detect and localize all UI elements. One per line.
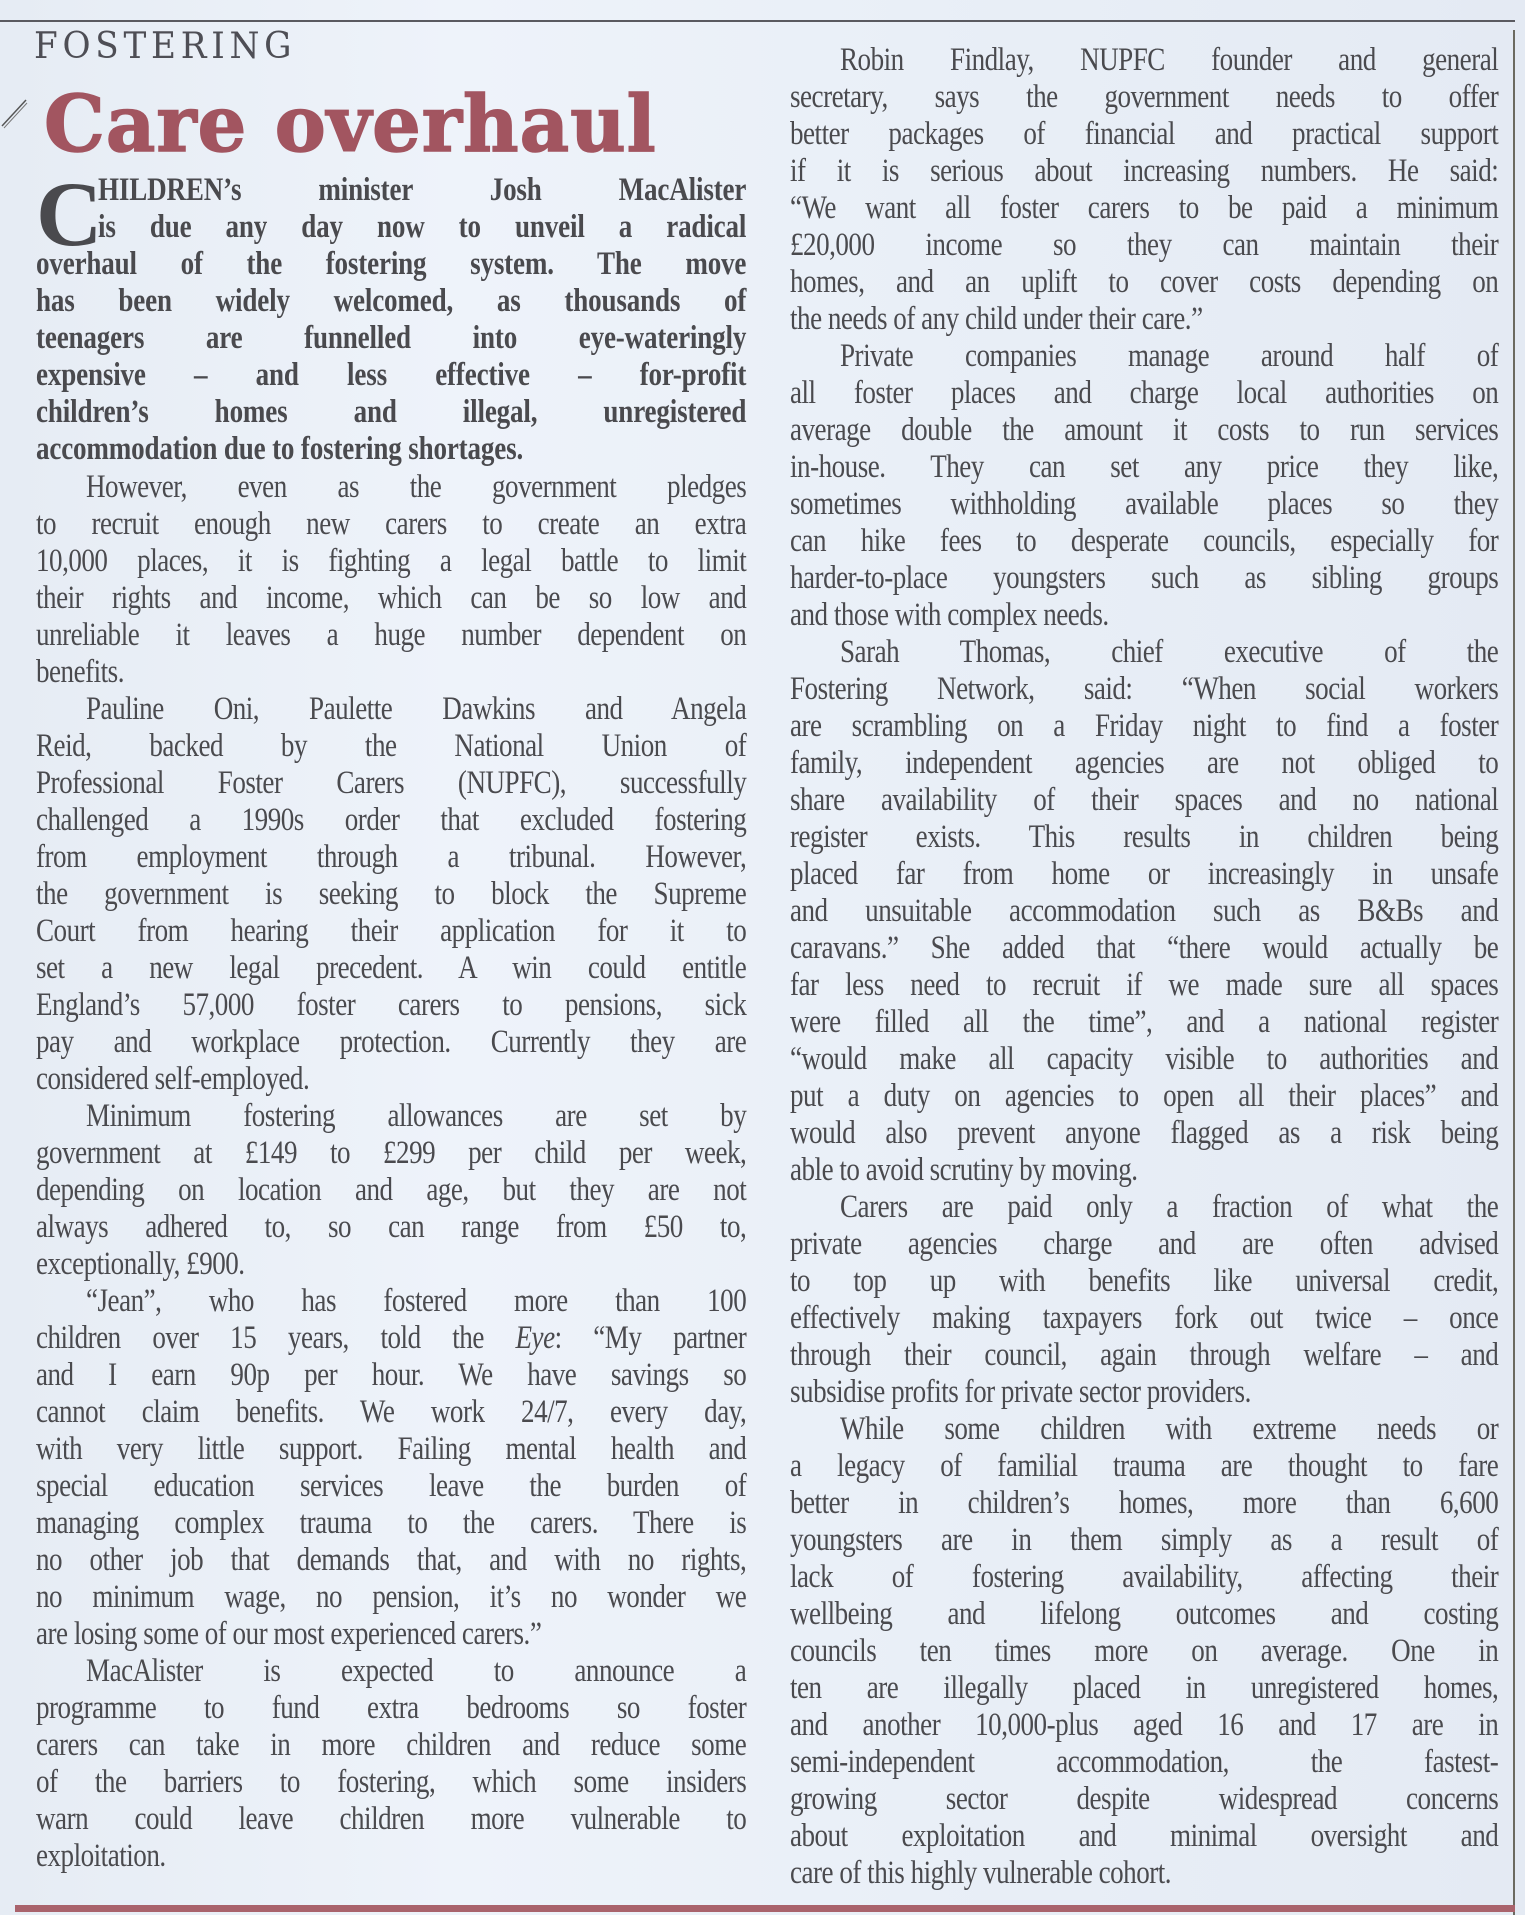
text-line: has been widely welcomed, as thousands o… xyxy=(36,283,746,320)
text-line-content: to recruit enough new carers to create a… xyxy=(36,506,746,543)
text-line-content: if it is serious about increasing number… xyxy=(790,153,1498,190)
text-line-content: programme to fund extra bedrooms so fost… xyxy=(36,1690,746,1727)
text-line: carers can take in more children and red… xyxy=(36,1727,746,1764)
text-line-content: growing sector despite widespread concer… xyxy=(790,1781,1498,1818)
right-column-border xyxy=(1513,30,1515,1915)
text-line: to recruit enough new carers to create a… xyxy=(36,506,746,543)
text-line: in-house. They can set any price they li… xyxy=(790,449,1498,486)
text-line: ten are illegally placed in unregistered… xyxy=(790,1670,1498,1707)
lead-paragraph: HILDREN’s minister Josh MacAlisteris due… xyxy=(36,172,746,468)
paragraph: “Jean”, who has fostered more than 100ch… xyxy=(36,1283,746,1653)
text-line-content: register exists. This results in childre… xyxy=(790,819,1498,856)
paragraph: Pauline Oni, Paulette Dawkins and Angela… xyxy=(36,691,746,1098)
text-line-content: pay and workplace protection. Currently … xyxy=(36,1024,746,1061)
text-line: “We want all foster carers to be paid a … xyxy=(790,190,1498,227)
text-line-content: sometimes withholding available places s… xyxy=(790,486,1498,523)
text-line-content: put a duty on agencies to open all their… xyxy=(790,1078,1498,1115)
text-line-content: HILDREN’s minister Josh MacAlister xyxy=(98,172,746,209)
text-line: Carers are paid only a fraction of what … xyxy=(790,1189,1498,1226)
text-line: £20,000 income so they can maintain thei… xyxy=(790,227,1498,264)
text-line-content: depending on location and age, but they … xyxy=(36,1172,746,1209)
text-line: MacAlister is expected to announce a xyxy=(36,1653,746,1690)
text-line-content: challenged a 1990s order that excluded f… xyxy=(36,802,746,839)
text-line-content: has been widely welcomed, as thousands o… xyxy=(36,283,746,320)
text-line: wellbeing and lifelong outcomes and cost… xyxy=(790,1596,1498,1633)
text-line-content: to top up with benefits like universal c… xyxy=(790,1263,1498,1300)
text-line: “Jean”, who has fostered more than 100 xyxy=(36,1283,746,1320)
text-line-content: “Jean”, who has fostered more than 100 xyxy=(86,1283,746,1320)
text-line: effectively making taxpayers fork out tw… xyxy=(790,1300,1498,1337)
text-line: about exploitation and minimal oversight… xyxy=(790,1818,1498,1855)
text-line: warn could leave children more vulnerabl… xyxy=(36,1801,746,1838)
text-line: are scrambling on a Friday night to find… xyxy=(790,708,1498,745)
text-line-content: England’s 57,000 foster carers to pensio… xyxy=(36,987,746,1024)
text-line: sometimes withholding available places s… xyxy=(790,486,1498,523)
text-line-content: homes, and an uplift to cover costs depe… xyxy=(790,264,1498,301)
text-line: Professional Foster Carers (NUPFC), succ… xyxy=(36,765,746,802)
paragraph: While some children with extreme needs o… xyxy=(790,1411,1498,1892)
text-line: through their council, again through wel… xyxy=(790,1337,1498,1374)
text-line: subsidise profits for private sector pro… xyxy=(790,1374,1498,1411)
text-line-content: Robin Findlay, NUPFC founder and general xyxy=(840,42,1498,79)
text-line-content: harder-to-place youngsters such as sibli… xyxy=(790,560,1498,597)
text-line-content: Fostering Network, said: “When social wo… xyxy=(790,671,1498,708)
text-line: Minimum fostering allowances are set by xyxy=(36,1098,746,1135)
text-line: children over 15 years, told the Eye: “M… xyxy=(36,1320,746,1357)
text-line-content: no other job that demands that, and with… xyxy=(36,1542,746,1579)
text-line-content: are scrambling on a Friday night to find… xyxy=(790,708,1498,745)
text-line-content: a legacy of familial trauma are thought … xyxy=(790,1448,1498,1485)
text-line: lack of fostering availability, affectin… xyxy=(790,1559,1498,1596)
text-line: Robin Findlay, NUPFC founder and general xyxy=(790,42,1498,79)
text-line: benefits. xyxy=(36,654,746,691)
text-line-content: placed far from home or increasingly in … xyxy=(790,856,1498,893)
text-line-content: caravans.” She added that “there would a… xyxy=(790,930,1498,967)
text-line-content: £20,000 income so they can maintain thei… xyxy=(790,227,1498,264)
text-line-content: Professional Foster Carers (NUPFC), succ… xyxy=(36,765,746,802)
text-line-content: and unsuitable accommodation such as B&B… xyxy=(790,893,1498,930)
paragraph: However, even as the government pledgest… xyxy=(36,469,746,691)
text-line: no minimum wage, no pension, it’s no won… xyxy=(36,1579,746,1616)
paragraph: Carers are paid only a fraction of what … xyxy=(790,1189,1498,1411)
text-line-content: set a new legal precedent. A win could e… xyxy=(36,950,746,987)
text-line-content: Private companies manage around half of xyxy=(840,338,1498,375)
text-line-content: While some children with extreme needs o… xyxy=(840,1411,1498,1448)
text-line-content: teenagers are funnelled into eye-waterin… xyxy=(36,320,746,357)
text-line: would also prevent anyone flagged as a r… xyxy=(790,1115,1498,1152)
text-line: all foster places and charge local autho… xyxy=(790,375,1498,412)
text-line-content: children over 15 years, told the Eye: “M… xyxy=(36,1320,746,1357)
text-line: HILDREN’s minister Josh MacAlister xyxy=(36,172,746,209)
text-line: and unsuitable accommodation such as B&B… xyxy=(790,893,1498,930)
text-line: from employment through a tribunal. Howe… xyxy=(36,839,746,876)
text-line-content: better packages of financial and practic… xyxy=(790,116,1498,153)
text-line: exceptionally, £900. xyxy=(36,1246,746,1283)
text-line-content: “would make all capacity visible to auth… xyxy=(790,1041,1498,1078)
text-line-content: about exploitation and minimal oversight… xyxy=(790,1818,1498,1855)
text-line-content: with very little support. Failing mental… xyxy=(36,1431,746,1468)
headline: Care overhaul xyxy=(44,80,730,170)
text-line: far less need to recruit if we made sure… xyxy=(790,967,1498,1004)
left-column: However, even as the government pledgest… xyxy=(36,469,746,1875)
text-line-content: family, independent agencies are not obl… xyxy=(790,745,1498,782)
text-line-content: MacAlister is expected to announce a xyxy=(86,1653,746,1690)
text-line: youngsters are in them simply as a resul… xyxy=(790,1522,1498,1559)
text-line: were filled all the time”, and a nationa… xyxy=(790,1004,1498,1041)
text-line-content: exploitation. xyxy=(36,1838,746,1875)
text-line: However, even as the government pledges xyxy=(36,469,746,506)
text-line-content: can hike fees to desperate councils, esp… xyxy=(790,523,1498,560)
text-line-content: overhaul of the fostering system. The mo… xyxy=(36,246,746,283)
text-line: challenged a 1990s order that excluded f… xyxy=(36,802,746,839)
text-line: private agencies charge and are often ad… xyxy=(790,1226,1498,1263)
text-line: average double the amount it costs to ru… xyxy=(790,412,1498,449)
text-line: and another 10,000-plus aged 16 and 17 a… xyxy=(790,1707,1498,1744)
text-line: cannot claim benefits. We work 24/7, eve… xyxy=(36,1394,746,1431)
text-line-content: from employment through a tribunal. Howe… xyxy=(36,839,746,876)
text-line: Private companies manage around half of xyxy=(790,338,1498,375)
text-line: no other job that demands that, and with… xyxy=(36,1542,746,1579)
text-line-content: warn could leave children more vulnerabl… xyxy=(36,1801,746,1838)
text-line: children’s homes and illegal, unregister… xyxy=(36,394,746,431)
text-line: better packages of financial and practic… xyxy=(790,116,1498,153)
text-line: “would make all capacity visible to auth… xyxy=(790,1041,1498,1078)
text-line: councils ten times more on average. One … xyxy=(790,1633,1498,1670)
text-line-content: semi-independent accommodation, the fast… xyxy=(790,1744,1498,1781)
text-line: overhaul of the fostering system. The mo… xyxy=(36,246,746,283)
paragraph: Private companies manage around half ofa… xyxy=(790,338,1498,634)
text-line: exploitation. xyxy=(36,1838,746,1875)
text-line-content: youngsters are in them simply as a resul… xyxy=(790,1522,1498,1559)
paragraph: Sarah Thomas, chief executive of theFost… xyxy=(790,634,1498,1189)
text-line-content: benefits. xyxy=(36,654,746,691)
right-column: Robin Findlay, NUPFC founder and general… xyxy=(790,42,1498,1892)
text-line: their rights and income, which can be so… xyxy=(36,580,746,617)
text-line-content: effectively making taxpayers fork out tw… xyxy=(790,1300,1498,1337)
text-line-content: the needs of any child under their care.… xyxy=(790,301,1498,338)
text-line: share availability of their spaces and n… xyxy=(790,782,1498,819)
text-line-content: private agencies charge and are often ad… xyxy=(790,1226,1498,1263)
text-line-content: Court from hearing their application for… xyxy=(36,913,746,950)
text-line-content: exceptionally, £900. xyxy=(36,1246,746,1283)
text-line-content: Sarah Thomas, chief executive of the xyxy=(840,634,1498,671)
text-line-content: Carers are paid only a fraction of what … xyxy=(840,1189,1498,1226)
text-line: managing complex trauma to the carers. T… xyxy=(36,1505,746,1542)
text-line: the needs of any child under their care.… xyxy=(790,301,1498,338)
text-line: put a duty on agencies to open all their… xyxy=(790,1078,1498,1115)
text-line: While some children with extreme needs o… xyxy=(790,1411,1498,1448)
text-line: can hike fees to desperate councils, esp… xyxy=(790,523,1498,560)
text-line: Pauline Oni, Paulette Dawkins and Angela xyxy=(36,691,746,728)
text-line-content: and another 10,000-plus aged 16 and 17 a… xyxy=(790,1707,1498,1744)
text-line: if it is serious about increasing number… xyxy=(790,153,1498,190)
text-line: family, independent agencies are not obl… xyxy=(790,745,1498,782)
text-line-content: is due any day now to unveil a radical xyxy=(98,209,746,246)
text-line-content: subsidise profits for private sector pro… xyxy=(790,1374,1498,1411)
text-line: Reid, backed by the National Union of xyxy=(36,728,746,765)
pen-mark-icon xyxy=(0,96,30,136)
text-line: Fostering Network, said: “When social wo… xyxy=(790,671,1498,708)
text-line: depending on location and age, but they … xyxy=(36,1172,746,1209)
text-line-content: cannot claim benefits. We work 24/7, eve… xyxy=(36,1394,746,1431)
text-line-content: are losing some of our most experienced … xyxy=(36,1616,746,1653)
text-line: secretary, says the government needs to … xyxy=(790,79,1498,116)
text-line: care of this highly vulnerable cohort. xyxy=(790,1855,1498,1892)
text-line-content: all foster places and charge local autho… xyxy=(790,375,1498,412)
text-line-content: their rights and income, which can be so… xyxy=(36,580,746,617)
text-line-content: managing complex trauma to the carers. T… xyxy=(36,1505,746,1542)
text-line-content: Minimum fostering allowances are set by xyxy=(86,1098,746,1135)
text-line-content: no minimum wage, no pension, it’s no won… xyxy=(36,1579,746,1616)
paragraph: MacAlister is expected to announce aprog… xyxy=(36,1653,746,1875)
text-line-content: in-house. They can set any price they li… xyxy=(790,449,1498,486)
text-line: considered self-employed. xyxy=(36,1061,746,1098)
text-line: of the barriers to fostering, which some… xyxy=(36,1764,746,1801)
text-line: homes, and an uplift to cover costs depe… xyxy=(790,264,1498,301)
text-line: and those with complex needs. xyxy=(790,597,1498,634)
text-line: a legacy of familial trauma are thought … xyxy=(790,1448,1498,1485)
text-line-content: care of this highly vulnerable cohort. xyxy=(790,1855,1498,1892)
text-line: able to avoid scrutiny by moving. xyxy=(790,1152,1498,1189)
text-line: Sarah Thomas, chief executive of the xyxy=(790,634,1498,671)
text-line: 10,000 places, it is fighting a legal ba… xyxy=(36,543,746,580)
text-line-content: considered self-employed. xyxy=(36,1061,746,1098)
text-line: better in children’s homes, more than 6,… xyxy=(790,1485,1498,1522)
text-line-content: accommodation due to fostering shortages… xyxy=(36,431,746,468)
text-line: Court from hearing their application for… xyxy=(36,913,746,950)
text-line-content: secretary, says the government needs to … xyxy=(790,79,1498,116)
text-line-content: unreliable it leaves a huge number depen… xyxy=(36,617,746,654)
text-line: are losing some of our most experienced … xyxy=(36,1616,746,1653)
text-line: caravans.” She added that “there would a… xyxy=(790,930,1498,967)
text-line: accommodation due to fostering shortages… xyxy=(36,431,746,468)
section-kicker: FOSTERING xyxy=(34,26,296,67)
text-line: always adhered to, so can range from £50… xyxy=(36,1209,746,1246)
text-line: set a new legal precedent. A win could e… xyxy=(36,950,746,987)
text-line: with very little support. Failing mental… xyxy=(36,1431,746,1468)
text-line: programme to fund extra bedrooms so fost… xyxy=(36,1690,746,1727)
text-line: government at £149 to £299 per child per… xyxy=(36,1135,746,1172)
text-line-content: and I earn 90p per hour. We have savings… xyxy=(36,1357,746,1394)
text-line-content: through their council, again through wel… xyxy=(790,1337,1498,1374)
paragraph: Minimum fostering allowances are set byg… xyxy=(36,1098,746,1283)
text-line-content: ten are illegally placed in unregistered… xyxy=(790,1670,1498,1707)
text-line: unreliable it leaves a huge number depen… xyxy=(36,617,746,654)
top-rule xyxy=(0,20,1515,22)
text-line: teenagers are funnelled into eye-waterin… xyxy=(36,320,746,357)
text-line-content: of the barriers to fostering, which some… xyxy=(36,1764,746,1801)
text-line-content: councils ten times more on average. One … xyxy=(790,1633,1498,1670)
text-line-content: always adhered to, so can range from £50… xyxy=(36,1209,746,1246)
text-line: England’s 57,000 foster carers to pensio… xyxy=(36,987,746,1024)
text-line: to top up with benefits like universal c… xyxy=(790,1263,1498,1300)
text-line: growing sector despite widespread concer… xyxy=(790,1781,1498,1818)
text-line-content: far less need to recruit if we made sure… xyxy=(790,967,1498,1004)
text-line-content: 10,000 places, it is fighting a legal ba… xyxy=(36,543,746,580)
text-line: is due any day now to unveil a radical xyxy=(36,209,746,246)
text-line-content: were filled all the time”, and a nationa… xyxy=(790,1004,1498,1041)
paragraph: Robin Findlay, NUPFC founder and general… xyxy=(790,42,1498,338)
text-line-content: Reid, backed by the National Union of xyxy=(36,728,746,765)
text-line-content: able to avoid scrutiny by moving. xyxy=(790,1152,1498,1189)
text-line-content: Pauline Oni, Paulette Dawkins and Angela xyxy=(86,691,746,728)
text-line-content: better in children’s homes, more than 6,… xyxy=(790,1485,1498,1522)
text-line-content: government at £149 to £299 per child per… xyxy=(36,1135,746,1172)
text-line-content: average double the amount it costs to ru… xyxy=(790,412,1498,449)
text-line-content: would also prevent anyone flagged as a r… xyxy=(790,1115,1498,1152)
text-line-content: children’s homes and illegal, unregister… xyxy=(36,394,746,431)
text-line-content: wellbeing and lifelong outcomes and cost… xyxy=(790,1596,1498,1633)
text-line-content: special education services leave the bur… xyxy=(36,1468,746,1505)
text-line: expensive – and less effective – for-pro… xyxy=(36,357,746,394)
text-line: special education services leave the bur… xyxy=(36,1468,746,1505)
text-line: and I earn 90p per hour. We have savings… xyxy=(36,1357,746,1394)
text-line: semi-independent accommodation, the fast… xyxy=(790,1744,1498,1781)
text-line: placed far from home or increasingly in … xyxy=(790,856,1498,893)
text-line-content: “We want all foster carers to be paid a … xyxy=(790,190,1498,227)
text-line-content: and those with complex needs. xyxy=(790,597,1498,634)
bottom-rule xyxy=(15,1905,1515,1912)
text-line: register exists. This results in childre… xyxy=(790,819,1498,856)
text-line-content: carers can take in more children and red… xyxy=(36,1727,746,1764)
text-line-content: share availability of their spaces and n… xyxy=(790,782,1498,819)
text-line: pay and workplace protection. Currently … xyxy=(36,1024,746,1061)
text-line-content: expensive – and less effective – for-pro… xyxy=(36,357,746,394)
text-line-content: However, even as the government pledges xyxy=(86,469,746,506)
text-line-content: lack of fostering availability, affectin… xyxy=(790,1559,1498,1596)
text-line: the government is seeking to block the S… xyxy=(36,876,746,913)
text-line-content: the government is seeking to block the S… xyxy=(36,876,746,913)
text-line: harder-to-place youngsters such as sibli… xyxy=(790,560,1498,597)
